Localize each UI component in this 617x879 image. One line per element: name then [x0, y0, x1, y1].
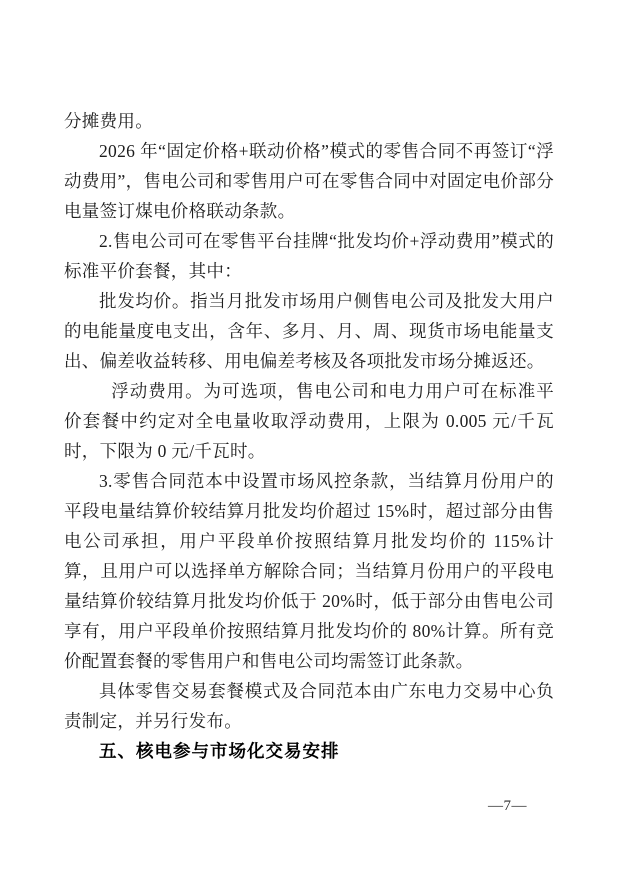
paragraph: 具体零售交易套餐模式及合同范本由广东电力交易中心负责制定，并另行发布。 — [64, 676, 554, 736]
paragraph: 2026 年“固定价格+联动价格”模式的零售合同不再签订“浮动费用”，售电公司和… — [64, 136, 554, 226]
page-number: —7— — [488, 796, 527, 816]
paragraph: 3.零售合同范本中设置市场风控条款，当结算月份用户的平段电量结算价较结算月批发均… — [64, 466, 554, 676]
paragraph: 2.售电公司可在零售平台挂牌“批发均价+浮动费用”模式的标准平价套餐，其中： — [64, 226, 554, 286]
paragraph: 批发均价。指当月批发市场用户侧售电公司及批发大用户的电能量度电支出，含年、多月、… — [64, 286, 554, 376]
paragraph: 浮动费用。为可选项，售电公司和电力用户可在标准平价套餐中约定对全电量收取浮动费用… — [64, 376, 554, 466]
section-heading: 五、核电参与市场化交易安排 — [64, 736, 554, 766]
document-text: 分摊费用。2026 年“固定价格+联动价格”模式的零售合同不再签订“浮动费用”，… — [64, 106, 554, 766]
document-page: 分摊费用。2026 年“固定价格+联动价格”模式的零售合同不再签订“浮动费用”，… — [0, 0, 617, 879]
paragraph: 分摊费用。 — [64, 106, 554, 136]
